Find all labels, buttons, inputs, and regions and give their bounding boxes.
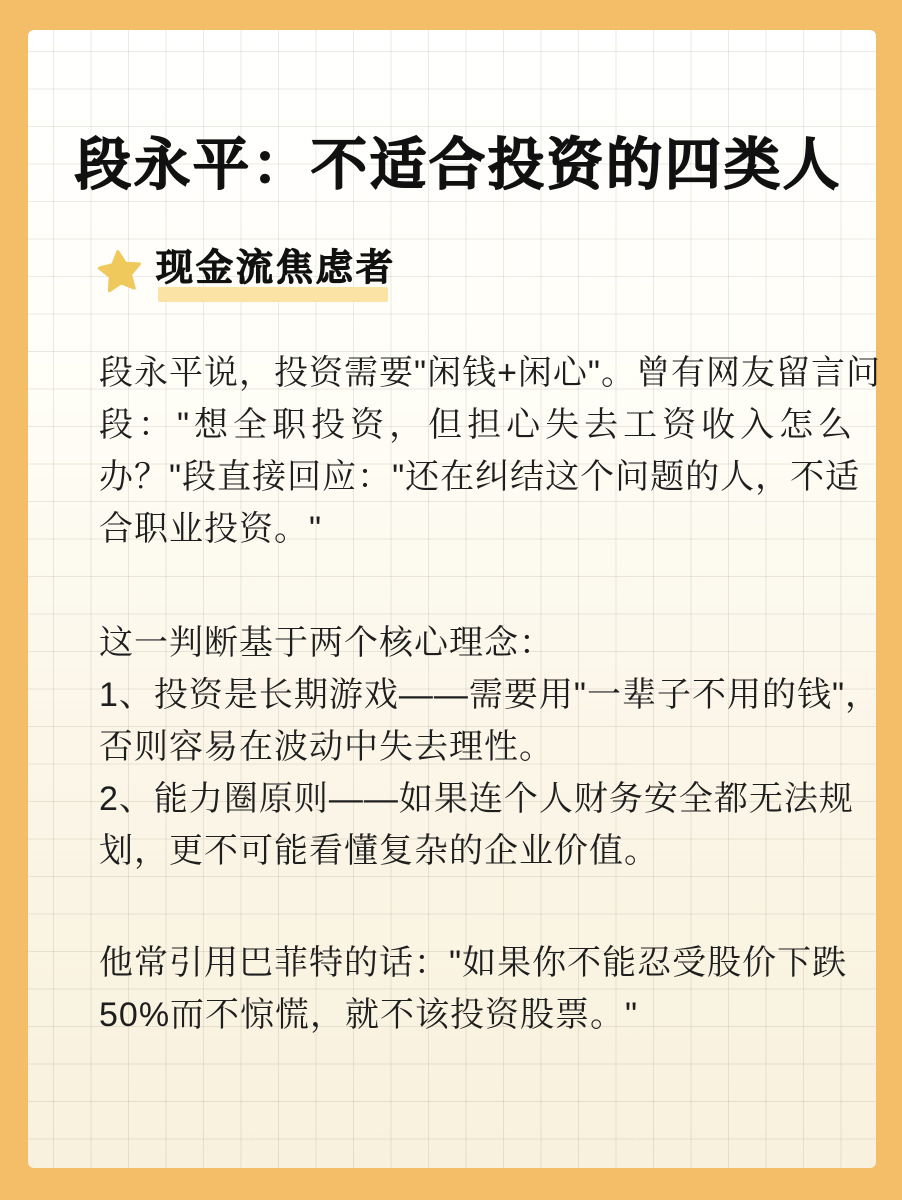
text-line: 2、能力圈原则——如果连个人财务安全都无法规 — [99, 773, 880, 825]
page-title: 段永平：不适合投资的四类人 — [75, 133, 842, 197]
text-line: 这一判断基于两个核心理念： — [99, 617, 880, 669]
text-line: 划，更不可能看懂复杂的企业价值。 — [99, 825, 880, 877]
section-heading-row: 现金流焦虑者 — [156, 246, 396, 296]
text-line: 50%而不惊慌，就不该投资股票。" — [99, 989, 847, 1041]
text-line: 否则容易在波动中失去理性。 — [99, 721, 880, 773]
text-line: 合职业投资。" — [99, 503, 881, 555]
text-line: 段永平说，投资需要"闲钱+闲心"。曾有网友留言问 — [99, 347, 881, 399]
section-heading: 现金流焦虑者 — [156, 246, 396, 290]
text-line: 1、投资是长期游戏——需要用"一辈子不用的钱"， — [99, 669, 880, 721]
paragraph-buffett-quote: 他常引用巴菲特的话："如果你不能忍受股价下跌 50%而不惊慌，就不该投资股票。" — [99, 937, 847, 1041]
card-frame: 段永平：不适合投资的四类人 现金流焦虑者 段永平说，投资需要"闲钱+闲心"。曾有… — [0, 0, 902, 1200]
paragraph-core-principles: 这一判断基于两个核心理念： 1、投资是长期游戏——需要用"一辈子不用的钱"， 否… — [99, 617, 880, 877]
text-line: 办？"段直接回应："还在纠结这个问题的人，不适 — [99, 451, 881, 503]
text-line: 段："想全职投资，但担心失去工资收入怎么 — [99, 399, 881, 451]
paragraph-cashflow-quote: 段永平说，投资需要"闲钱+闲心"。曾有网友留言问 段："想全职投资，但担心失去工… — [99, 347, 881, 555]
text-line: 他常引用巴菲特的话："如果你不能忍受股价下跌 — [99, 937, 847, 989]
star-icon — [94, 246, 147, 299]
grid-paper-panel: 段永平：不适合投资的四类人 现金流焦虑者 段永平说，投资需要"闲钱+闲心"。曾有… — [28, 30, 876, 1168]
